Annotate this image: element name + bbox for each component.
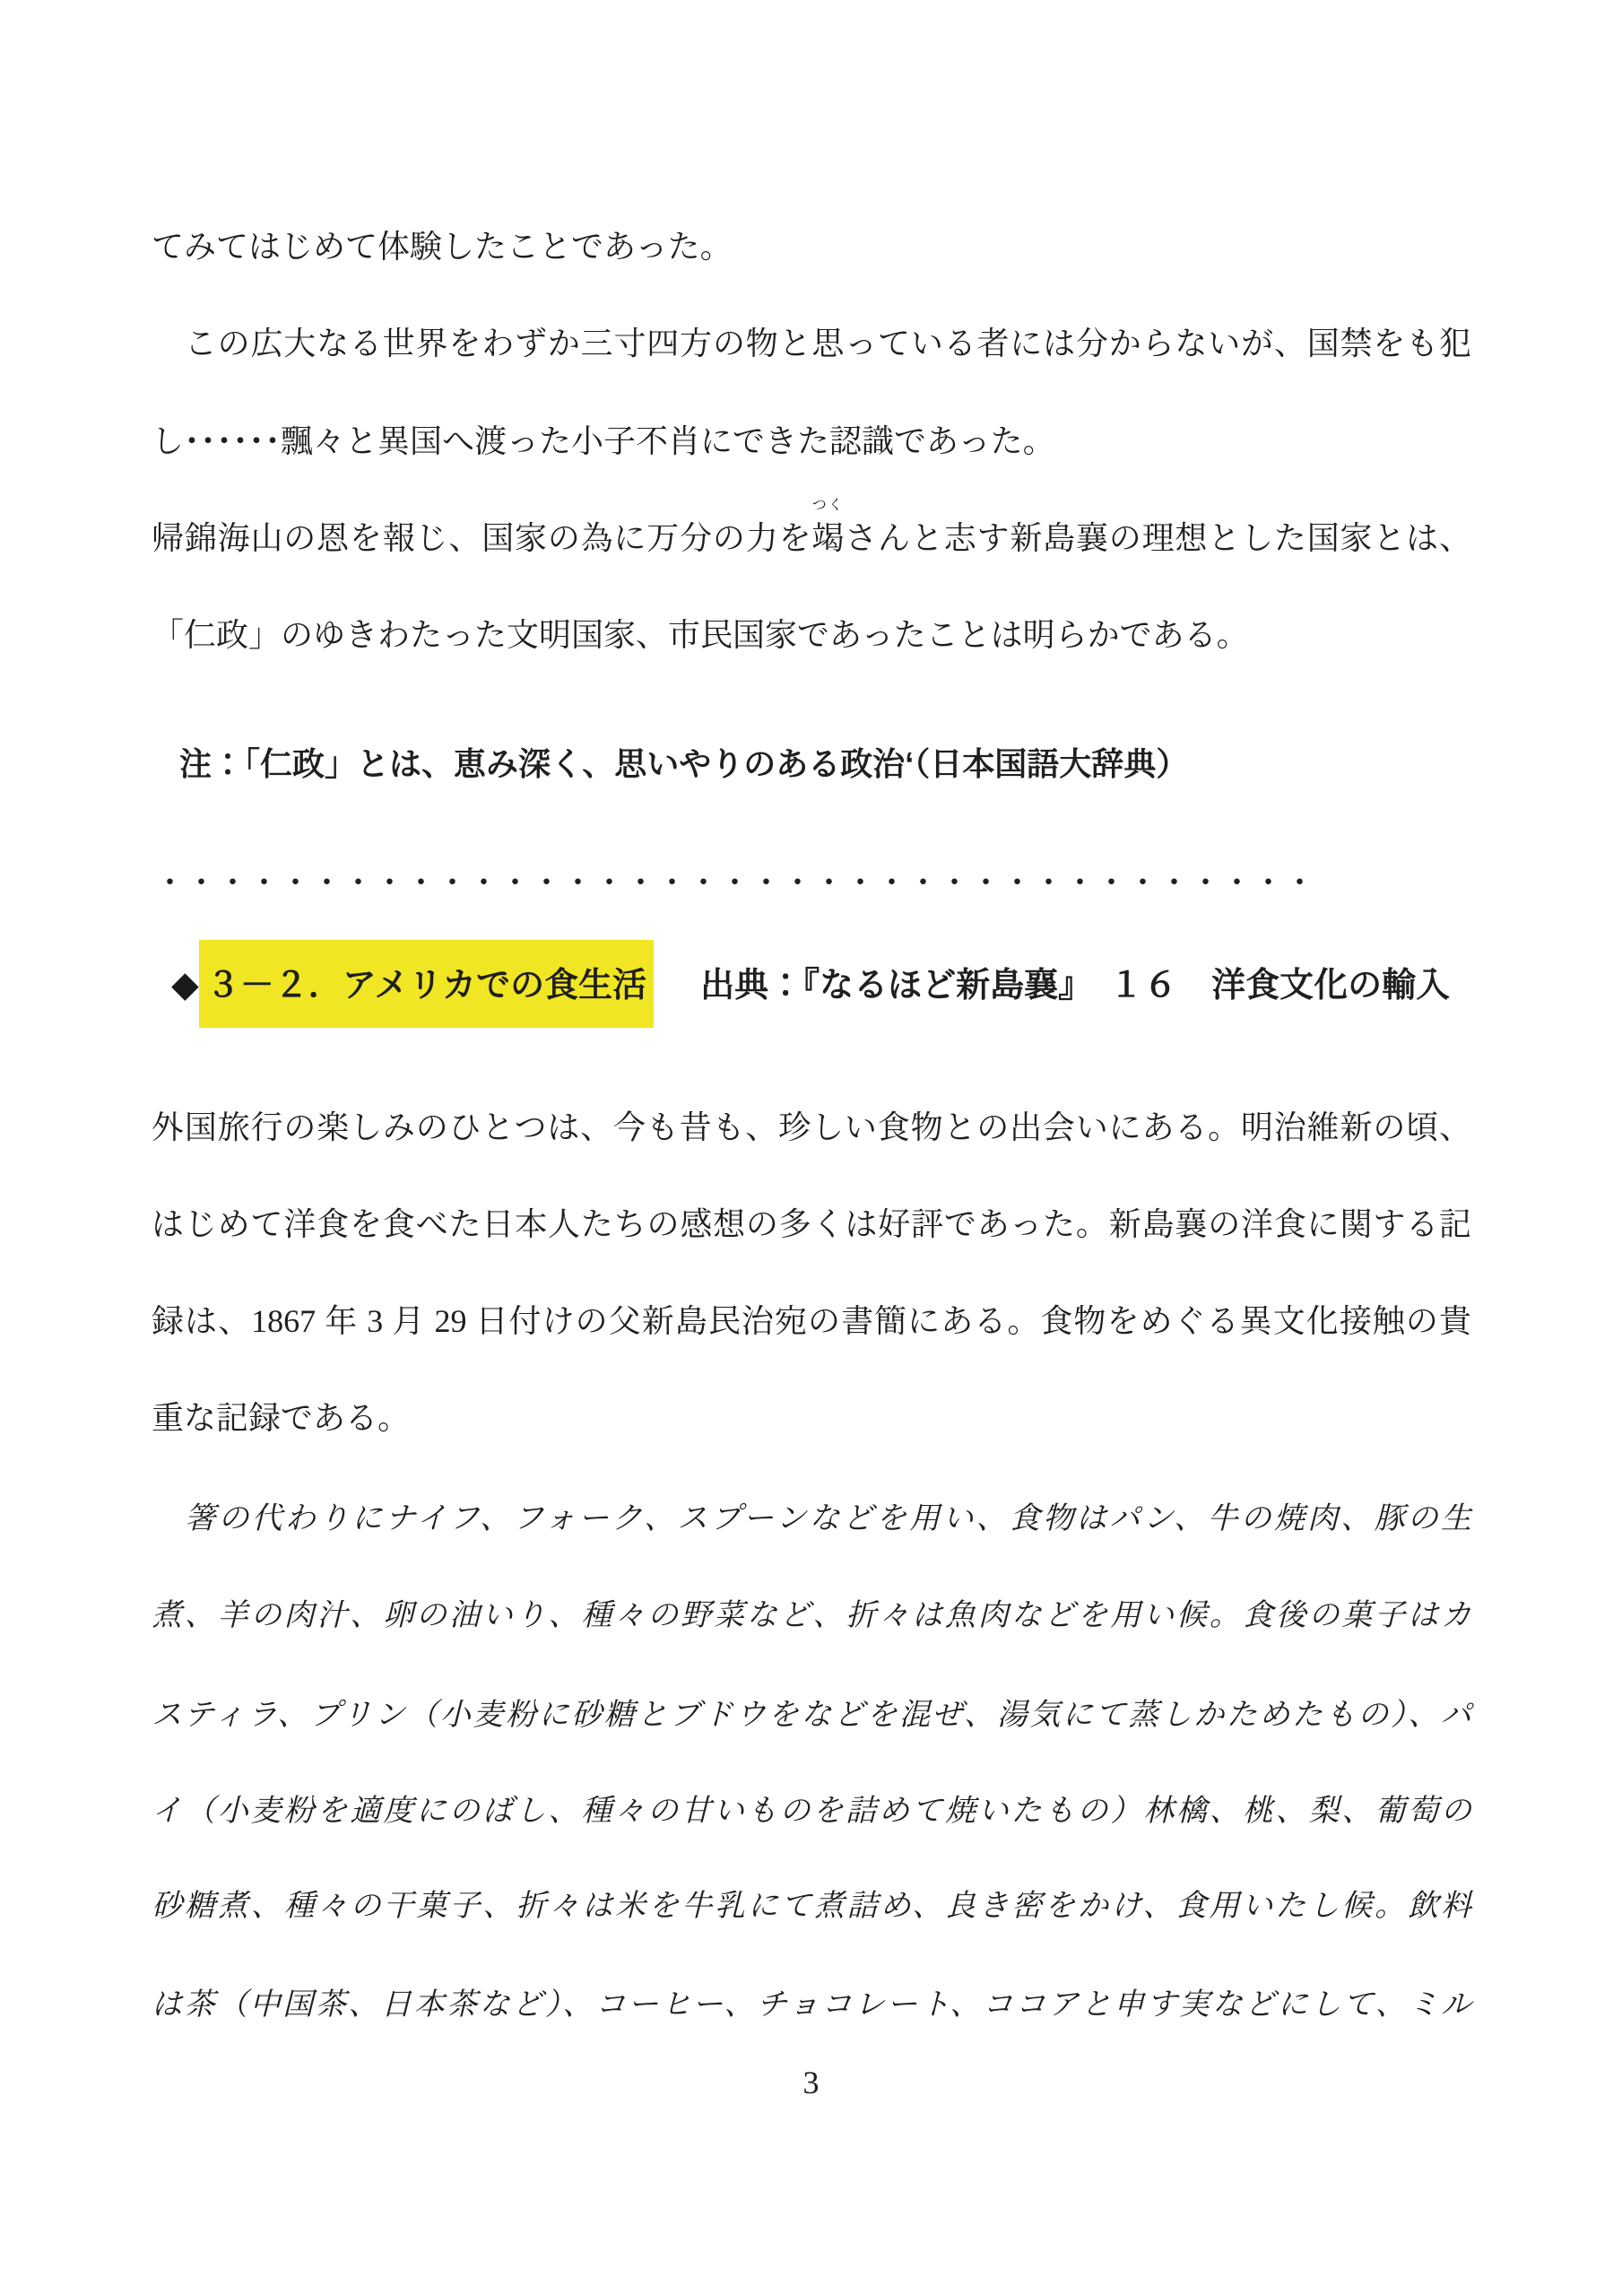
document-page: てみてはじめて体験したことであった。 この広大なる世界をわずか三寸四方の物と思っ… bbox=[0, 0, 1622, 2296]
heading-source: 出典：『なるほど新島襄』 １６ 洋食文化の輸入 bbox=[700, 967, 1450, 1004]
dotted-divider: ・・・・・・・・・・・・・・・・・・・・・・・・・・・・・・・・・・・・・ bbox=[154, 858, 1474, 909]
highlighted-heading-title: ３－２．アメリカでの食生活 bbox=[199, 940, 654, 1028]
body-text-line-with-ruby: 帰錦海山の恩を報じ、国家の為に万分の力を竭つくさんと志す新島襄の理想とした国家と… bbox=[152, 513, 1471, 563]
diamond-bullet-icon: ◆ bbox=[171, 965, 199, 1004]
page-number: 3 bbox=[0, 2057, 1622, 2108]
quote-text-line: 煮、羊の肉汁、卵の油いり、種々の野菜など、折々は魚肉などを用い候。食後の菓子はカ bbox=[152, 1591, 1471, 1641]
ruby-after-text: さんと志す新島襄の理想とした国家とは、 bbox=[845, 520, 1471, 556]
note-line: 注：「仁政」とは、恵み深く、思いやりのある政治‘（日本国語大辞典） bbox=[179, 739, 1470, 789]
ruby-reading-annotation: つく bbox=[812, 499, 845, 513]
ruby-before-text: 帰錦海山の恩を報じ、国家の為に万分の力を bbox=[152, 520, 811, 556]
body-text-line: 重な記録である。 bbox=[152, 1393, 1471, 1443]
quote-text-line: イ（小麦粉を適度にのばし、種々の甘いものを詰めて焼いたもの）林檎、桃、梨、葡萄の bbox=[152, 1787, 1471, 1837]
body-text-line: この広大なる世界をわずか三寸四方の物と思っている者には分からないが、国禁をも犯 bbox=[152, 318, 1471, 369]
body-text-line: し･･････飄々と異国へ渡った小子不肖にできた認識であった。 bbox=[152, 416, 1471, 466]
body-text-line: てみてはじめて体験したことであった。 bbox=[152, 222, 1471, 272]
quote-text-line: 箸の代わりにナイフ、フォーク、スプーンなどを用い、食物はパン、牛の焼肉、豚の生 bbox=[152, 1494, 1471, 1544]
quote-text-line: スティラ、プリン（小麦粉に砂糖とブドウをなどを混ぜ、湯気にて蒸しかためたもの）、… bbox=[152, 1691, 1471, 1741]
body-text-line: 外国旅行の楽しみのひとつは、今も昔も、珍しい食物との出会いにある。明治維新の頃、 bbox=[152, 1102, 1471, 1152]
body-text-line: はじめて洋食を食べた日本人たちの感想の多くは好評であった。新島襄の洋食に関する記 bbox=[152, 1199, 1471, 1249]
body-text-line: 録は、1867 年 3 月 29 日付けの父新島民治宛の書簡にある。食物をめぐる… bbox=[152, 1296, 1471, 1346]
section-heading: ◆３－２．アメリカでの食生活出典：『なるほど新島襄』 １６ 洋食文化の輸入 bbox=[171, 960, 1471, 1010]
quote-text-line: は茶（中国茶、日本茶など）、コーヒー、チョコレート、ココアと申す実などにして、ミ… bbox=[152, 1980, 1471, 2031]
ruby-base-character: 竭つく bbox=[811, 520, 845, 556]
body-text-line: 「仁政」のゆきわたった文明国家、市民国家であったことは明らかである。 bbox=[152, 610, 1471, 660]
ruby-kanji: 竭 bbox=[811, 520, 845, 556]
quote-text-line: 砂糖煮、種々の干菓子、折々は米を牛乳にて煮詰め、良き密をかけ、食用いたし候。飲料 bbox=[152, 1882, 1471, 1932]
